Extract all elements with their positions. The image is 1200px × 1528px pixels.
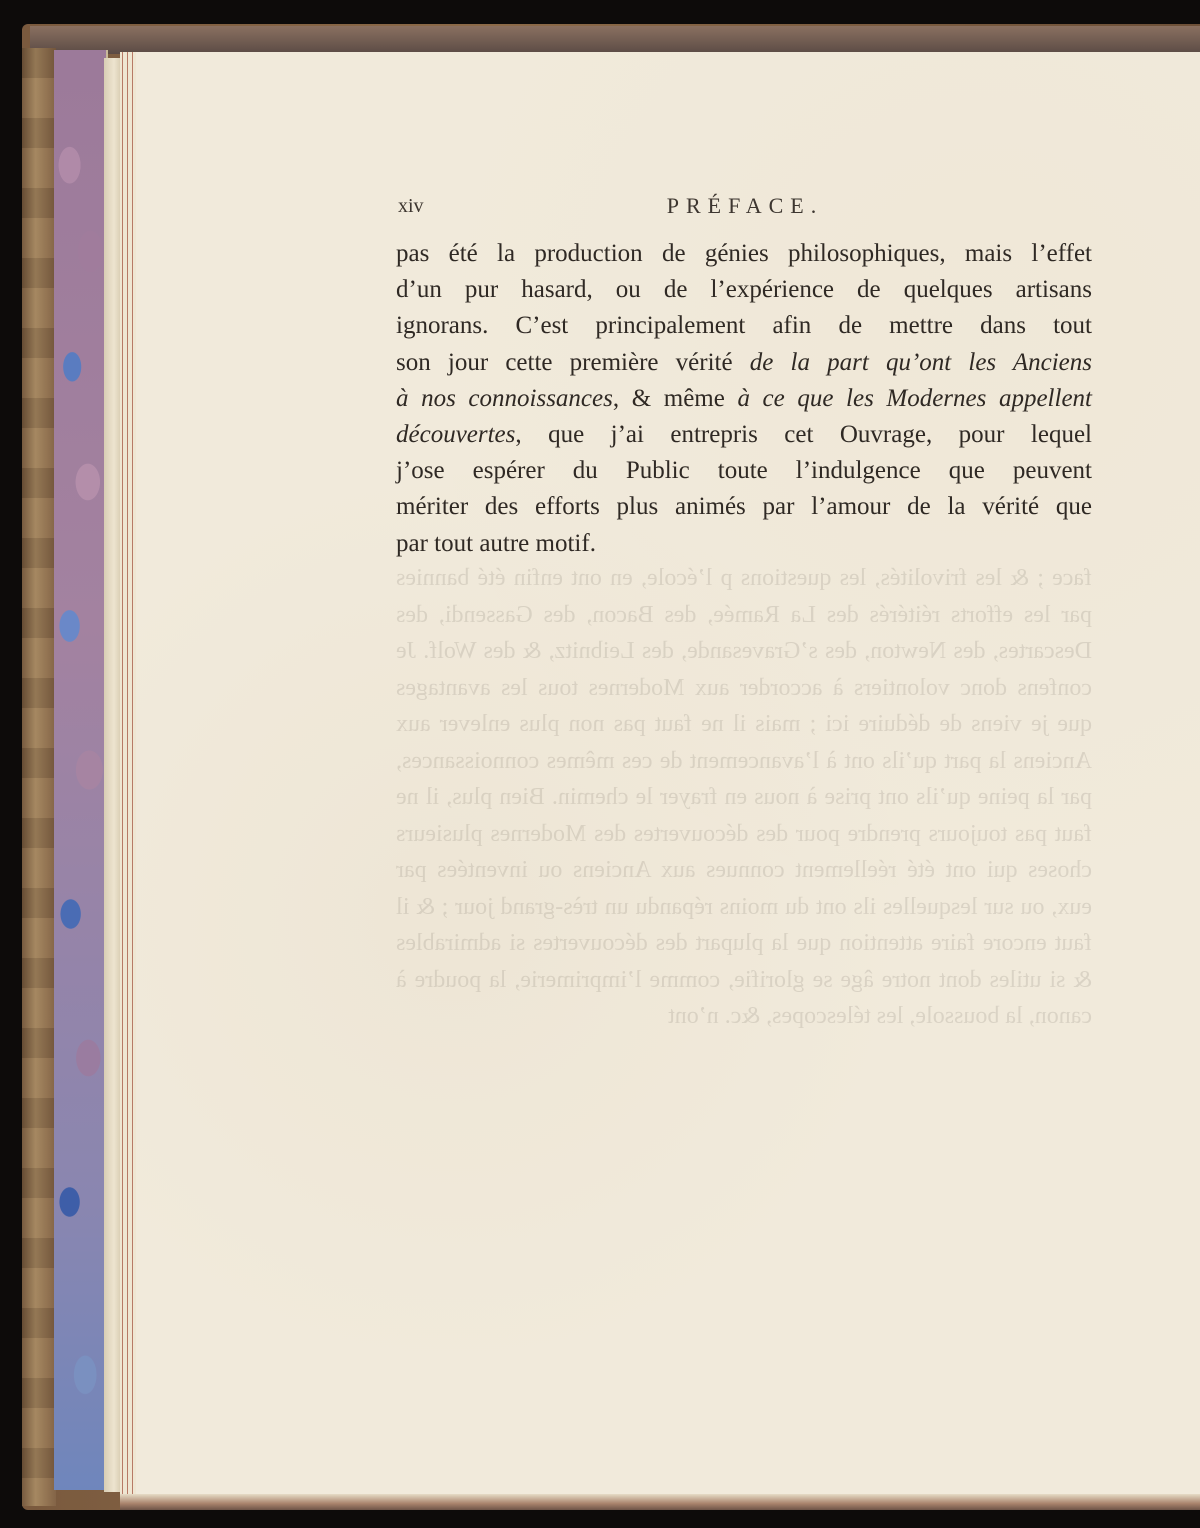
italic-text: de la part qu’ont les Anciens: [750, 349, 1092, 376]
text-line: mériter des efforts plus animés par l’am…: [396, 489, 1092, 525]
roman-text: pas été la production de génies philosop…: [396, 240, 1092, 267]
text-line: son jour cette première vérité de la par…: [396, 345, 1092, 381]
book-spine-leather: [22, 48, 56, 1506]
roman-text: par tout autre motif.: [396, 530, 596, 557]
roman-text: son jour cette première vérité: [396, 349, 750, 376]
italic-text: découvertes: [396, 421, 515, 448]
show-through-text: face ; & les frivolités, les questions p…: [396, 560, 1092, 1035]
text-line: pas été la production de génies philosop…: [396, 236, 1092, 272]
roman-text: , que j’ai entrepris cet Ouvrage, pour l…: [515, 421, 1092, 448]
roman-text: d’un pur hasard, ou de l’expérience de q…: [396, 276, 1092, 303]
roman-text: ignorans. C’est principalement afin de m…: [396, 312, 1092, 339]
italic-text: à nos connoissances: [396, 385, 613, 412]
roman-text: j’ose espérer du Public toute l’indulgen…: [396, 457, 1092, 484]
roman-text: , & même: [613, 385, 738, 412]
marbled-endpaper: [54, 50, 108, 1490]
book-top-edge: [30, 26, 1200, 54]
page-title: PRÉFACE.: [398, 193, 1092, 219]
text-line: j’ose espérer du Public toute l’indulgen…: [396, 453, 1092, 489]
italic-text: à ce que les Modernes appellent: [737, 385, 1092, 412]
text-line: ignorans. C’est principalement afin de m…: [396, 308, 1092, 344]
text-line: découvertes, que j’ai entrepris cet Ouvr…: [396, 417, 1092, 453]
roman-text: mériter des efforts plus animés par l’am…: [396, 493, 1092, 520]
body-text: pas été la production de génies philosop…: [396, 236, 1092, 562]
text-line: à nos connoissances, & même à ce que les…: [396, 381, 1092, 417]
running-head: xiv PRÉFACE.: [398, 193, 1092, 223]
book-bottom-edge: [120, 1494, 1200, 1510]
text-line: par tout autre motif.: [396, 526, 1092, 562]
text-line: d’un pur hasard, ou de l’expérience de q…: [396, 272, 1092, 308]
